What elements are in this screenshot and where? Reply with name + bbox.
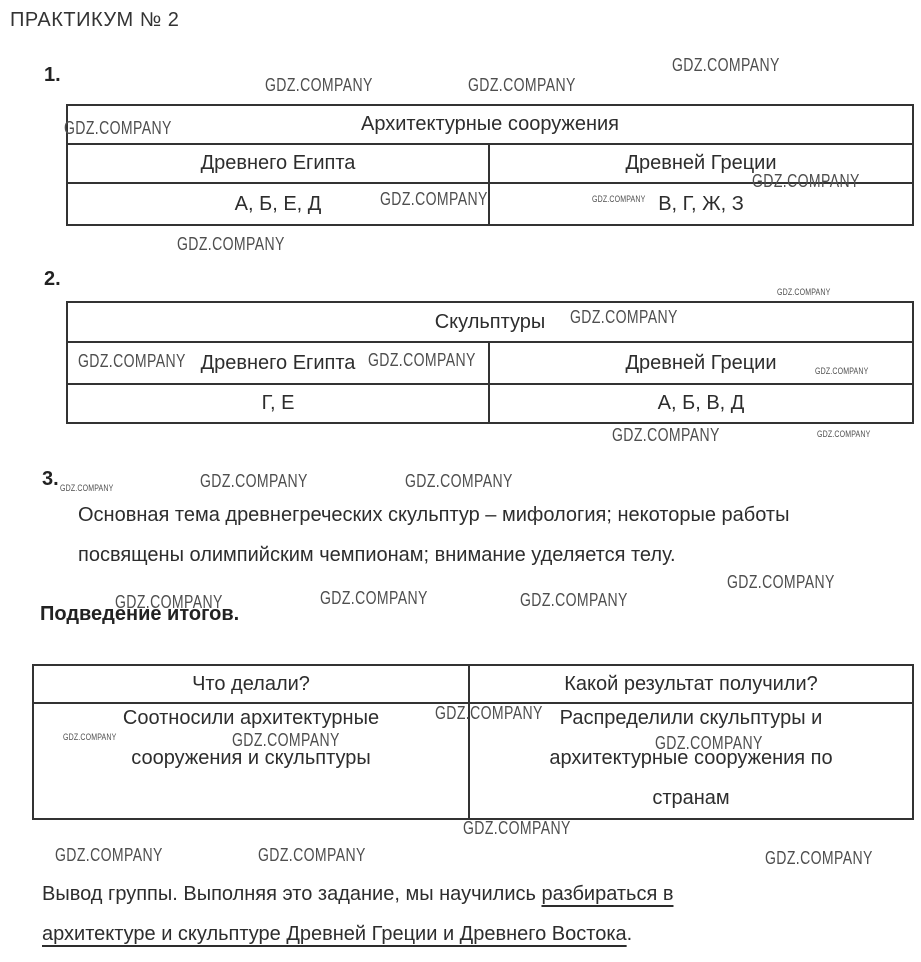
watermark-text: GDZ.COMPANY bbox=[55, 846, 163, 864]
watermark-text: GDZ.COMPANY bbox=[817, 430, 870, 439]
section-2-number: 2. bbox=[44, 268, 61, 291]
watermark-text: GDZ.COMPANY bbox=[468, 76, 576, 94]
watermark-text: GDZ.COMPANY bbox=[815, 367, 868, 376]
watermark-text: GDZ.COMPANY bbox=[64, 119, 172, 137]
summary-col-result: Какой результат получили? bbox=[470, 666, 912, 702]
architecture-table: Архитектурные сооружения Древнего Египта… bbox=[66, 104, 914, 226]
watermark-text: GDZ.COMPANY bbox=[612, 426, 720, 444]
watermark-text: GDZ.COMPANY bbox=[777, 288, 830, 297]
watermark-text: GDZ.COMPANY bbox=[177, 235, 285, 253]
watermark-text: GDZ.COMPANY bbox=[592, 195, 645, 204]
watermark-text: GDZ.COMPANY bbox=[672, 56, 780, 74]
conclusion-normal-text: Вывод группы. Выполняя это задание, мы н… bbox=[42, 883, 541, 905]
watermark-text: GDZ.COMPANY bbox=[463, 819, 571, 837]
question-3-answer: Основная тема древнегреческих скульптур … bbox=[78, 495, 898, 575]
watermark-text: GDZ.COMPANY bbox=[265, 76, 373, 94]
sculpture-answer-greece: А, Б, В, Д bbox=[490, 385, 912, 422]
watermark-text: GDZ.COMPANY bbox=[405, 472, 513, 490]
summary-col-what-did: Что делали? bbox=[34, 666, 470, 702]
section-1-number: 1. bbox=[44, 64, 61, 87]
watermark-text: GDZ.COMPANY bbox=[368, 351, 476, 369]
group-conclusion: Вывод группы. Выполняя это задание, мы н… bbox=[42, 874, 882, 954]
sculpture-table-title: Скульптуры bbox=[68, 303, 912, 341]
watermark-text: GDZ.COMPANY bbox=[727, 573, 835, 591]
architecture-col-egypt: Древнего Египта bbox=[68, 145, 490, 182]
watermark-text: GDZ.COMPANY bbox=[78, 352, 186, 370]
conclusion-line-1: Вывод группы. Выполняя это задание, мы н… bbox=[42, 874, 882, 914]
section-3-number: 3. bbox=[42, 468, 59, 491]
table-header-row: Скульптуры bbox=[68, 303, 912, 343]
conclusion-underlined-text: разбираться в bbox=[541, 883, 673, 905]
sculpture-answer-egypt: Г, Е bbox=[68, 385, 490, 422]
table-column-row: Древнего Египта Древней Греции bbox=[68, 343, 912, 385]
architecture-table-title: Архитектурные сооружения bbox=[68, 106, 912, 143]
conclusion-normal-text: . bbox=[627, 923, 633, 945]
page-title: ПРАКТИКУМ № 2 bbox=[10, 8, 179, 32]
watermark-text: GDZ.COMPANY bbox=[200, 472, 308, 490]
watermark-text: GDZ.COMPANY bbox=[63, 733, 116, 742]
sculpture-col-greece: Древней Греции bbox=[490, 343, 912, 383]
watermark-text: GDZ.COMPANY bbox=[232, 731, 340, 749]
watermark-text: GDZ.COMPANY bbox=[655, 734, 763, 752]
table-value-row: Г, Е А, Б, В, Д bbox=[68, 385, 912, 422]
watermark-text: GDZ.COMPANY bbox=[258, 846, 366, 864]
table-header-row: Архитектурные сооружения bbox=[68, 106, 912, 145]
watermark-text: GDZ.COMPANY bbox=[570, 308, 678, 326]
watermark-text: GDZ.COMPANY bbox=[765, 849, 873, 867]
conclusion-underlined-text: архитектуре и скульптуре Древней Греции … bbox=[42, 923, 627, 945]
watermark-text: GDZ.COMPANY bbox=[60, 484, 113, 493]
watermark-text: GDZ.COMPANY bbox=[435, 704, 543, 722]
watermark-text: GDZ.COMPANY bbox=[115, 593, 223, 611]
watermark-text: GDZ.COMPANY bbox=[320, 589, 428, 607]
watermark-text: GDZ.COMPANY bbox=[380, 190, 488, 208]
watermark-text: GDZ.COMPANY bbox=[752, 172, 860, 190]
watermark-text: GDZ.COMPANY bbox=[520, 591, 628, 609]
summary-table: Что делали? Какой результат получили? Со… bbox=[32, 664, 914, 820]
conclusion-line-2: архитектуре и скульптуре Древней Греции … bbox=[42, 914, 882, 954]
sculpture-table: Скульптуры Древнего Египта Древней Греци… bbox=[66, 301, 914, 424]
summary-answer-result-text: Распределили скульптуры и архитектурные … bbox=[549, 698, 832, 818]
worksheet-page: ПРАКТИКУМ № 2 1. Архитектурные сооружени… bbox=[0, 0, 921, 962]
summary-answer-what-did: Соотносили архитектурные сооружения и ск… bbox=[34, 704, 470, 818]
